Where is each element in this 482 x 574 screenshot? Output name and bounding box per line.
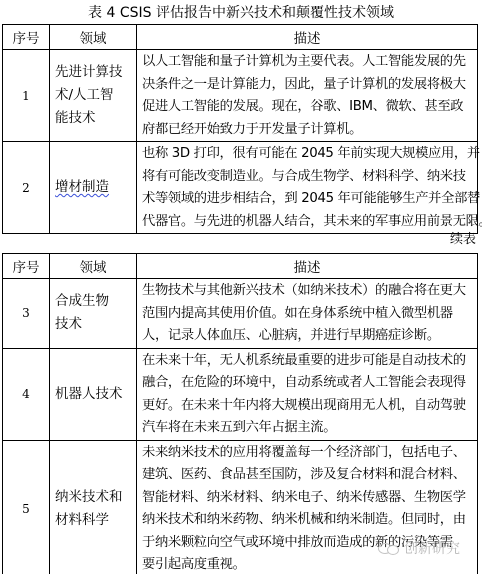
row-description: 在未来十年，无人机系统最重要的进步可能是自动技术的 融合，在危险的环境中，自动系…	[137, 348, 478, 440]
description-line: 于纳米颗粒向空气或环境中排放而造成的新的污染等需	[142, 532, 473, 555]
row-field: 机器人技术	[50, 348, 137, 440]
description-line: 未来纳米技术的应用将覆盖每一个经济部门，包括电子、	[142, 442, 473, 465]
row-index: 5	[3, 440, 50, 574]
field-line: 技术	[55, 313, 136, 336]
description-line: 也称 3D 打印，很有可能在 2045 年前实现大规模应用，并	[142, 143, 473, 166]
description-line: 范围内提高其使用价值。如在身体系统中植入微型机器	[142, 303, 473, 326]
row-field: 纳米技术和 材料科学	[50, 440, 137, 574]
description-line: 更好。在未来十年内将大规模出现商用无人机，自动驾驶	[142, 395, 473, 418]
header-field: 领域	[50, 254, 137, 279]
description-line: 将有可能改变制造业。与合成生物学、材料科学、纳米技	[142, 166, 473, 189]
field-line: 纳米技术和	[55, 489, 123, 505]
continued-label: 续表	[450, 231, 476, 249]
description-line: 要引起高度重视。	[142, 554, 473, 574]
table-row: 4 机器人技术 在未来十年，无人机系统最重要的进步可能是自动技术的 融合，在危险…	[3, 348, 478, 440]
description-line: 智能材料、纳米材料、纳米电子、纳米传感器、生物医学	[142, 487, 473, 510]
description-line: 促进人工智能的发展。现在，谷歌、IBM、微软、甚至政	[142, 96, 473, 119]
description-line: 以人工智能和量子计算机为主要代表。人工智能发展的先	[142, 51, 473, 74]
field-line: 术/人工智	[55, 84, 136, 107]
description-line: 融合，在危险的环境中，自动系统或者人工智能会表现得	[142, 372, 473, 395]
description-line: 决条件之一是计算能力，因此，量子计算机的发展将极大	[142, 74, 473, 97]
description-line: 在未来十年，无人机系统最重要的进步可能是自动技术的	[142, 350, 473, 373]
row-field: 先进计算技 术/人工智 能技术	[50, 50, 137, 142]
description-line: 人，记录人体血压、心脏病，并进行早期癌症诊断。	[142, 325, 473, 348]
header-index: 序号	[3, 254, 50, 279]
row-index: 3	[3, 279, 50, 349]
header-description: 描述	[137, 254, 478, 279]
description-line: 术等领域的进步相结合，到 2045 年可能能够生产并全部替	[142, 188, 473, 211]
row-description: 以人工智能和量子计算机为主要代表。人工智能发展的先 决条件之一是计算能力，因此，…	[137, 50, 478, 142]
field-line: 能技术	[55, 107, 136, 130]
description-line: 建筑、医药、食品甚至国防，涉及复合材料和混合材料、	[142, 464, 473, 487]
header-field: 领域	[50, 25, 137, 50]
description-line: 府都已经开始致力于开发量子计算机。	[142, 119, 473, 142]
row-description: 未来纳米技术的应用将覆盖每一个经济部门，包括电子、 建筑、医药、食品甚至国防，涉…	[137, 440, 478, 574]
row-index: 2	[3, 142, 50, 234]
table-header-row: 序号 领域 描述	[3, 25, 478, 50]
description-line: 纳米技术和纳米药物、纳米机械和纳米制造。但同时，由	[142, 509, 473, 532]
tech-table-part-2: 序号 领域 描述 3 合成生物 技术 生物技术与其他新兴技术（如纳米技术）的融合…	[2, 253, 478, 574]
table-caption: 表 4 CSIS 评估报告中新兴技术和颠覆性技术领域	[0, 4, 482, 22]
table-row: 5 纳米技术和 材料科学 未来纳米技术的应用将覆盖每一个经济部门，包括电子、 建…	[3, 440, 478, 574]
description-line: 代器官。与先进的机器人结合，其未来的军事应用前景无限。	[142, 211, 473, 234]
table-row: 3 合成生物 技术 生物技术与其他新兴技术（如纳米技术）的融合将在更大 范围内提…	[3, 279, 478, 349]
field-line: 材料科学	[55, 509, 136, 532]
row-field: 增材制造	[50, 142, 137, 234]
row-index: 1	[3, 50, 50, 142]
row-index: 4	[3, 348, 50, 440]
header-description: 描述	[137, 25, 478, 50]
field-line: 合成生物	[55, 290, 136, 313]
spellcheck-underlined-text: 增材制造	[55, 179, 109, 195]
table-header-row: 序号 领域 描述	[3, 254, 478, 279]
field-line: 先进计算技	[55, 61, 136, 84]
field-line: 机器人技术	[55, 383, 136, 406]
tech-table-part-1: 序号 领域 描述 1 先进计算技 术/人工智 能技术 以人工智能和量子计算机为主…	[2, 24, 478, 234]
description-line: 生物技术与其他新兴技术（如纳米技术）的融合将在更大	[142, 280, 473, 303]
row-description: 生物技术与其他新兴技术（如纳米技术）的融合将在更大 范围内提高其使用价值。如在身…	[137, 279, 478, 349]
table-row: 1 先进计算技 术/人工智 能技术 以人工智能和量子计算机为主要代表。人工智能发…	[3, 50, 478, 142]
table-row: 2 增材制造 也称 3D 打印，很有可能在 2045 年前实现大规模应用，并 将…	[3, 142, 478, 234]
header-index: 序号	[3, 25, 50, 50]
row-field: 合成生物 技术	[50, 279, 137, 349]
description-line: 汽车将在未来五到六年占据主流。	[142, 417, 473, 440]
row-description: 也称 3D 打印，很有可能在 2045 年前实现大规模应用，并 将有可能改变制造…	[137, 142, 478, 234]
